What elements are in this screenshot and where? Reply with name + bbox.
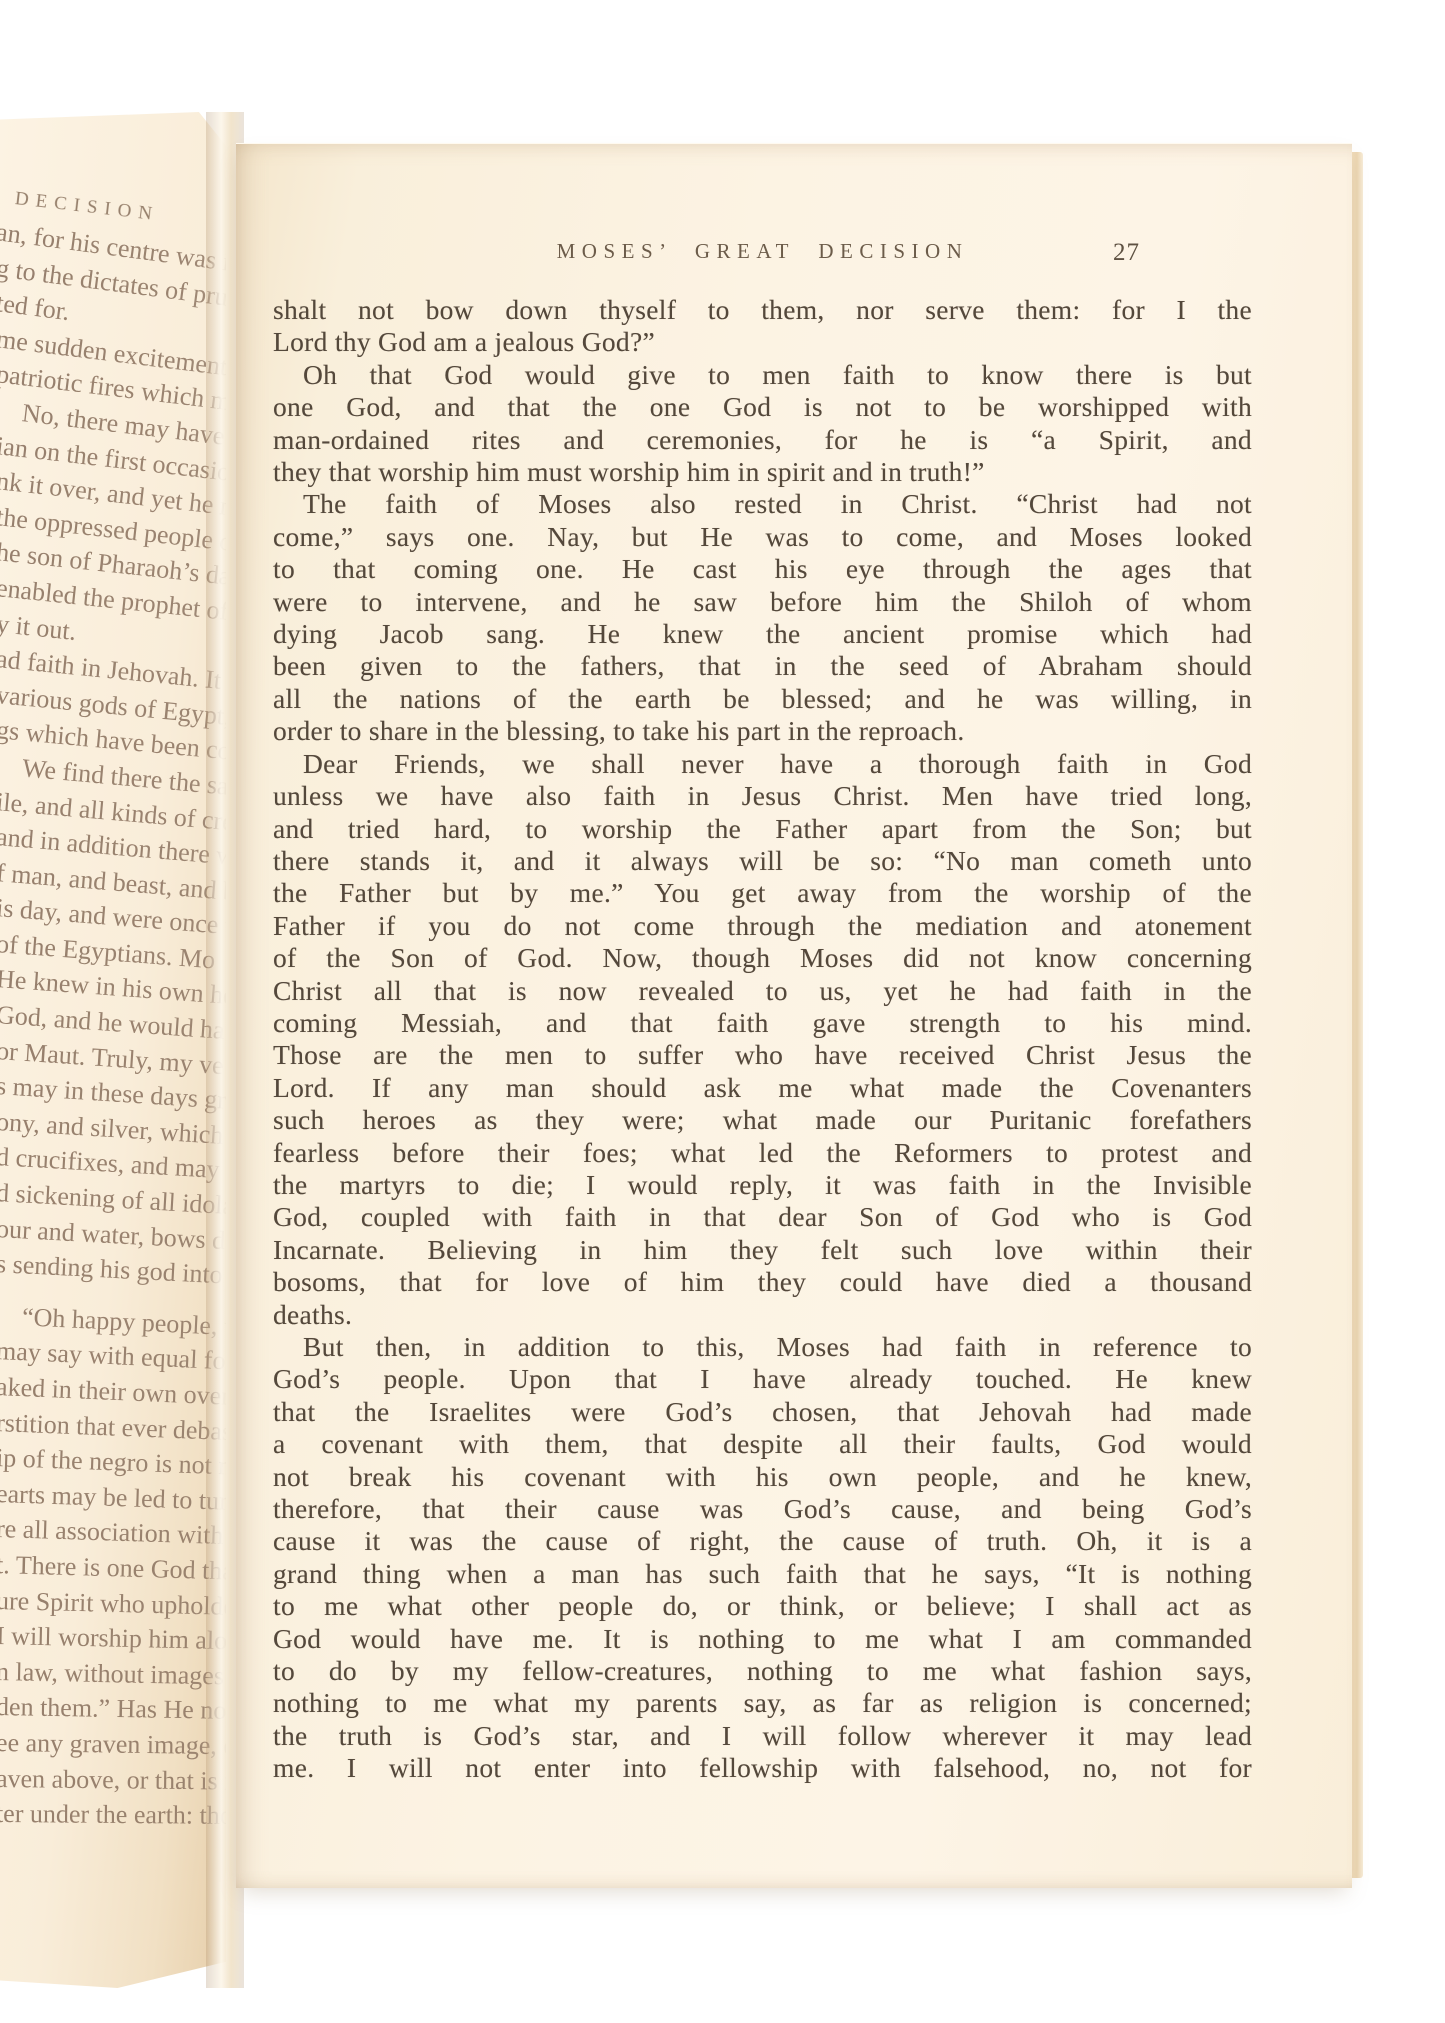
text-line: a covenant with them, that despite all t… [273, 1428, 1252, 1460]
text-line: Lord. If any man should ask me what made… [273, 1072, 1252, 1104]
text-line: ee any graven image, o [0, 1725, 226, 1766]
text-line: But then, in addition to this, Moses had… [273, 1331, 1252, 1363]
body-text: shalt not bow down thyself to them, nor … [273, 294, 1252, 1785]
text-line: the truth is God’s star, and I will foll… [273, 1720, 1252, 1752]
book-photo: DECISION an, for his centre was in thg t… [0, 0, 1445, 2023]
text-line: cause it was the cause of right, the cau… [273, 1525, 1252, 1557]
text-line: God’s people. Upon that I have already t… [273, 1363, 1252, 1395]
text-line: all the nations of the earth be blessed;… [273, 683, 1252, 715]
header-row: MOSES’ GREAT DECISION 27 [273, 239, 1252, 271]
page-number: 27 [1113, 239, 1140, 267]
text-line: bosoms, that for love of him they could … [273, 1266, 1252, 1298]
left-page: DECISION an, for his centre was in thg t… [0, 112, 226, 1988]
right-page: MOSES’ GREAT DECISION 27 shalt not bow d… [236, 143, 1352, 1888]
text-line: one God, and that the one God is not to … [273, 391, 1252, 423]
text-line: nothing to me what my parents say, as fa… [273, 1687, 1252, 1719]
text-line: therefore, that their cause was God’s ca… [273, 1493, 1252, 1525]
left-page-text: an, for his centre was in thg to the dic… [0, 214, 226, 1832]
text-line: shalt not bow down thyself to them, nor … [273, 294, 1252, 326]
text-line: God would have me. It is nothing to me w… [273, 1623, 1252, 1655]
text-line: Incarnate. Believing in him they felt su… [273, 1234, 1252, 1266]
text-line: deaths. [273, 1299, 1252, 1331]
text-line: to that coming one. He cast his eye thro… [273, 553, 1252, 585]
text-line: aven above, or that is i [0, 1761, 226, 1801]
text-line: to do by my fellow-creatures, nothing to… [273, 1655, 1252, 1687]
text-line: they that worship him must worship him i… [273, 456, 1252, 488]
text-line: ter under the earth: tho [0, 1796, 226, 1835]
text-line: man-ordained rites and ceremonies, for h… [273, 424, 1252, 456]
text-line: fearless before their foes; what led the… [273, 1137, 1252, 1169]
text-line: were to intervene, and he saw before him… [273, 586, 1252, 618]
text-line: coming Messiah, and that faith gave stre… [273, 1007, 1252, 1039]
text-line: Those are the men to suffer who have rec… [273, 1039, 1252, 1071]
text-line: there stands it, and it always will be s… [273, 845, 1252, 877]
text-line: the martyrs to die; I would reply, it wa… [273, 1169, 1252, 1201]
text-line: Dear Friends, we shall never have a thor… [273, 748, 1252, 780]
text-line: Lord thy God am a jealous God?” [273, 326, 1252, 358]
text-line: Father if you do not come through the me… [273, 910, 1252, 942]
text-line: me. I will not enter into fellowship wit… [273, 1752, 1252, 1784]
text-line: been given to the fathers, that in the s… [273, 650, 1252, 682]
text-line: order to share in the blessing, to take … [273, 715, 1252, 747]
text-line: Christ all that is now revealed to us, y… [273, 975, 1252, 1007]
text-line: the Father but by me.” You get away from… [273, 877, 1252, 909]
text-line: grand thing when a man has such faith th… [273, 1558, 1252, 1590]
text-line: Oh that God would give to men faith to k… [273, 359, 1252, 391]
text-line: and tried hard, to worship the Father ap… [273, 813, 1252, 845]
text-line: that the Israelites were God’s chosen, t… [273, 1396, 1252, 1428]
text-line: The faith of Moses also rested in Christ… [273, 488, 1252, 520]
text-line: unless we have also faith in Jesus Chris… [273, 780, 1252, 812]
text-line: come,” says one. Nay, but He was to come… [273, 521, 1252, 553]
text-line: dying Jacob sang. He knew the ancient pr… [273, 618, 1252, 650]
running-head: MOSES’ GREAT DECISION [273, 239, 1252, 264]
text-line: to me what other people do, or think, or… [273, 1590, 1252, 1622]
text-line: not break his covenant with his own peop… [273, 1461, 1252, 1493]
text-line: such heroes as they were; what made our … [273, 1104, 1252, 1136]
text-line: of the Son of God. Now, though Moses did… [273, 942, 1252, 974]
text-line: God, coupled with faith in that dear Son… [273, 1201, 1252, 1233]
